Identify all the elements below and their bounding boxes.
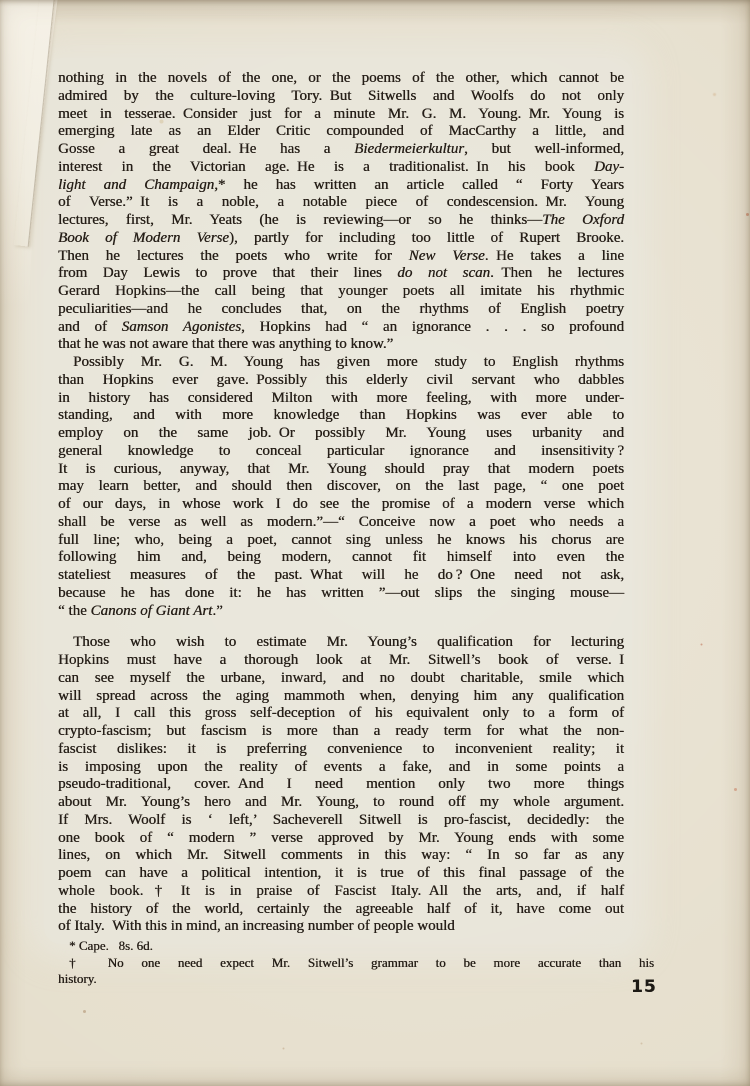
italic-text: light and Champaign,	[58, 177, 218, 193]
footnote-2: † No one need expect Mr. Sitwell’s gramm…	[58, 955, 654, 988]
text-line: than Hopkins ever gave. Possibly this el…	[58, 372, 624, 390]
para-2: Possibly Mr. G. M. Young has given more …	[58, 354, 624, 620]
text-line: that he was not aware that there was any…	[58, 336, 624, 354]
text-line: poem can have a political intention, it …	[58, 865, 624, 883]
text-line: nothing in the novels of the one, or the…	[58, 70, 624, 88]
footnote-line: † No one need expect Mr. Sitwell’s gramm…	[58, 955, 654, 972]
text-line: lines, on which Mr. Sitwell comments in …	[58, 847, 624, 865]
body-text: nothing in the novels of the one, or the…	[58, 70, 624, 936]
footnote-1: * Cape. 8s. 6d.	[58, 938, 654, 955]
text-line: Hopkins must have a thorough look at Mr.…	[58, 652, 624, 670]
text-line: of Italy. With this in mind, an increasi…	[58, 918, 624, 936]
text-line: Possibly Mr. G. M. Young has given more …	[58, 354, 624, 372]
text-line: is imposing upon the reality of events a…	[58, 759, 624, 777]
italic-text: Biedermeierkultur	[354, 141, 464, 157]
text-line: emerging late as an Elder Critic compoun…	[58, 123, 624, 141]
italic-text: do not scan	[397, 265, 490, 281]
footnote-line: history.	[58, 971, 654, 988]
text-line: because he has done it: he has written ”…	[58, 585, 624, 603]
text-line: fascist dislikes: it is preferring conve…	[58, 741, 624, 759]
text-line: Book of Modern Verse), partly for includ…	[58, 230, 624, 248]
text-line: will spread across the aging mammoth whe…	[58, 688, 624, 706]
text-line: admired by the culture-loving Tory. But …	[58, 88, 624, 106]
text-line: Those who wish to estimate Mr. Young’s q…	[58, 634, 624, 652]
text-line: and of Samson Agonistes, Hopkins had “ a…	[58, 319, 624, 337]
text-line: light and Champaign,* he has written an …	[58, 177, 624, 195]
text-line: about Mr. Young’s hero and Mr. Young, to…	[58, 794, 624, 812]
text-line: “ the Canons of Giant Art.”	[58, 603, 624, 621]
footnotes: * Cape. 8s. 6d.† No one need expect Mr. …	[58, 938, 654, 988]
text-line: It is curious, anyway, that Mr. Young sh…	[58, 461, 624, 479]
text-line: can see myself the urbane, inward, and n…	[58, 670, 624, 688]
text-line: Gerard Hopkins—the call being that young…	[58, 283, 624, 301]
footnote-line: * Cape. 8s. 6d.	[58, 938, 654, 955]
text-line: peculiarities—and he concludes that, on …	[58, 301, 624, 319]
text-line: If Mrs. Woolf is ‘ left,’ Sacheverell Si…	[58, 812, 624, 830]
text-line: of Verse.” It is a noble, a notable piec…	[58, 194, 624, 212]
text-line: in history has considered Milton with mo…	[58, 390, 624, 408]
text-block: nothing in the novels of the one, or the…	[58, 70, 624, 988]
text-line: general knowledge to conceal particular …	[58, 443, 624, 461]
text-line: from Day Lewis to prove that their lines…	[58, 265, 624, 283]
page-number: 15	[631, 977, 657, 997]
italic-text: Day-	[594, 159, 624, 175]
text-line: stateliest measures of the past. What wi…	[58, 567, 624, 585]
scanned-book-page: nothing in the novels of the one, or the…	[0, 0, 750, 1086]
text-line: of our days, in whose work I do see the …	[58, 496, 624, 514]
text-line: full line; who, being a poet, cannot sin…	[58, 532, 624, 550]
para-3: Those who wish to estimate Mr. Young’s q…	[58, 634, 624, 936]
italic-text: Canons of Giant Art	[90, 603, 212, 619]
text-line: Gosse a great deal. He has a Biedermeier…	[58, 141, 624, 159]
text-line: Then he lectures the poets who write for…	[58, 248, 624, 266]
text-line: the history of the world, certainly the …	[58, 901, 624, 919]
text-line: whole book.† It is in praise of Fascist …	[58, 883, 624, 901]
text-line: meet in tesserae. Consider just for a mi…	[58, 106, 624, 124]
italic-text: Samson Agonistes	[122, 319, 241, 335]
text-line: standing, and with more knowledge than H…	[58, 407, 624, 425]
text-line: employ on the same job. Or possibly Mr. …	[58, 425, 624, 443]
text-line: following him and, being modern, cannot …	[58, 549, 624, 567]
text-line: crypto-fascism; but fascism is more than…	[58, 723, 624, 741]
text-line: shall be verse as well as modern.”—“ Con…	[58, 514, 624, 532]
text-line: at all, I call this gross self-deception…	[58, 705, 624, 723]
para-1: nothing in the novels of the one, or the…	[58, 70, 624, 354]
text-line: one book of “ modern ” verse approved by…	[58, 830, 624, 848]
italic-text: Book of Modern Verse	[58, 230, 229, 246]
text-line: interest in the Victorian age. He is a t…	[58, 159, 624, 177]
text-line: may learn better, and should then discov…	[58, 478, 624, 496]
text-line: lectures, first, Mr. Yeats (he is review…	[58, 212, 624, 230]
italic-text: The Oxford	[542, 212, 624, 228]
text-line: pseudo-traditional, cover. And I need me…	[58, 776, 624, 794]
italic-text: New Verse	[409, 248, 485, 264]
